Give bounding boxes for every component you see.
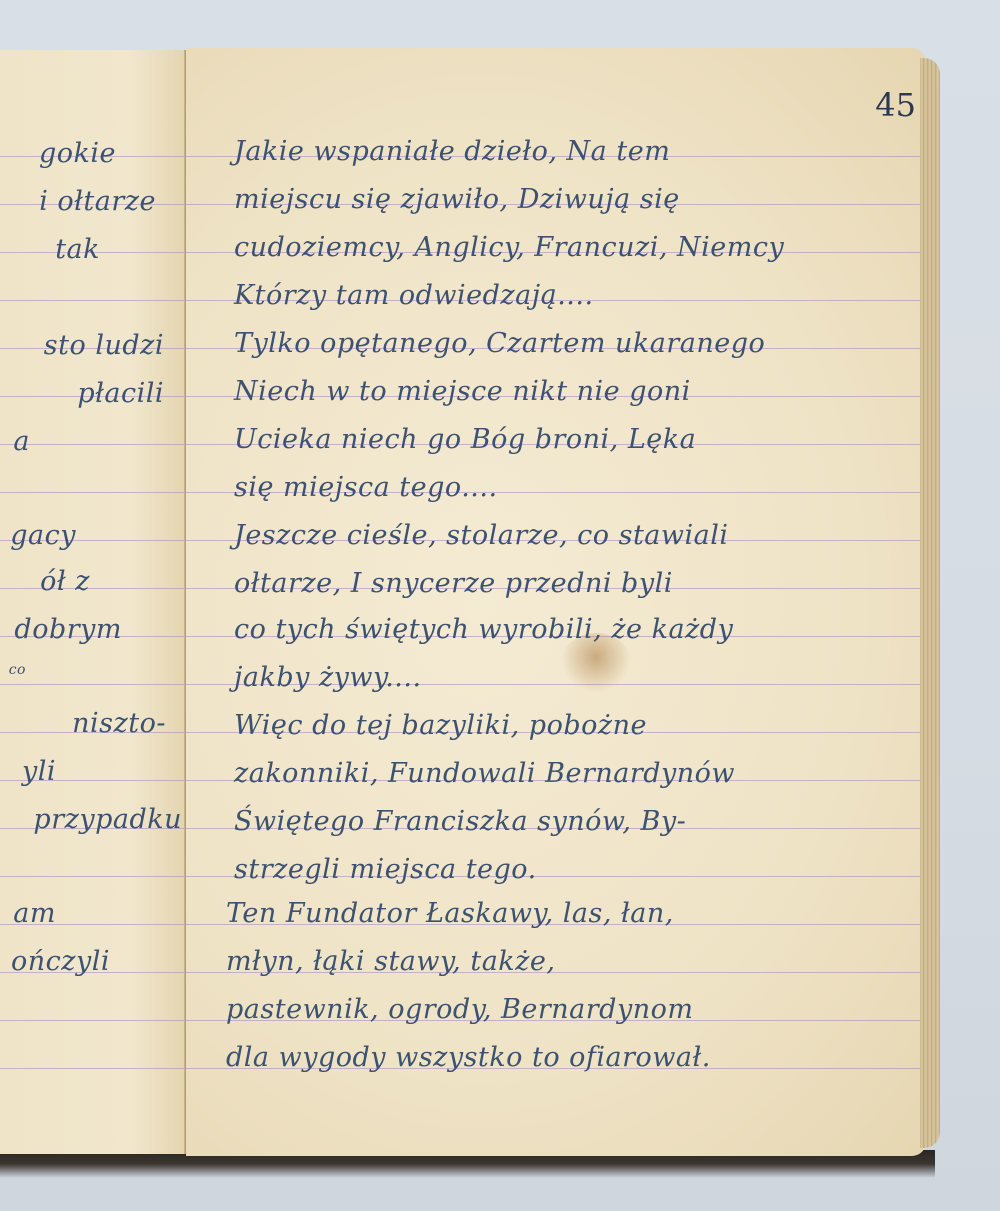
text-line: ołtarze, I snycerze przedni byli <box>234 568 673 599</box>
text-line: cudoziemcy, Anglicy, Francuzi, Niemcy <box>234 232 784 263</box>
text-line: Ten Fundator Łaskawy, las, łan, <box>226 898 674 929</box>
left-fragment: tak <box>55 234 100 265</box>
left-fragment: dobrym <box>14 614 122 645</box>
page-number: 45 <box>875 86 916 124</box>
text-line: Niech w to miejsce nikt nie goni <box>234 376 691 407</box>
left-fragment: gacy <box>10 520 76 551</box>
left-fragment: a <box>13 426 30 457</box>
right-page: 45 Jakie wspaniałe dzieło, Na tem miejsc… <box>186 48 926 1156</box>
text-line: zakonniki, Fundowali Bernardynów <box>234 758 735 789</box>
text-line: jakby żywy.... <box>234 662 422 693</box>
ruled-line <box>0 588 186 589</box>
ruled-line <box>0 300 186 301</box>
text-line: Więc do tej bazyliki, pobożne <box>234 710 647 741</box>
text-line: pastewnik, ogrody, Bernardynom <box>226 994 693 1025</box>
ruled-line <box>0 876 186 877</box>
left-fragment: gokie <box>39 138 116 169</box>
left-fragment: ończyli <box>11 946 110 977</box>
text-line: dla wygody wszystko to ofiarował. <box>226 1042 711 1073</box>
text-line: Którzy tam odwiedzają.... <box>234 280 594 311</box>
left-fragment: przypadku <box>33 804 182 835</box>
ruled-line <box>0 684 186 685</box>
text-line: się miejsca tego.... <box>234 472 498 503</box>
left-fragment: co <box>9 662 26 678</box>
page-block-edge <box>920 58 940 1148</box>
text-line: co tych świętych wyrobili, że każdy <box>234 614 733 645</box>
left-fragment: am <box>13 898 56 929</box>
text-line: strzegli miejsca tego. <box>234 854 537 885</box>
left-fragment: i ołtarze <box>39 186 156 217</box>
text-line: Ucieka niech go Bóg broni, Lęka <box>234 424 696 455</box>
text-line: Świętego Franciszka synów, By- <box>234 806 686 837</box>
text-line: miejscu się zjawiło, Dziwują się <box>234 184 680 215</box>
left-fragment: sto ludzi <box>44 330 164 361</box>
ruled-line <box>0 1068 186 1069</box>
left-page: gokie i ołtarze tak sto ludzi płacili a … <box>0 50 186 1154</box>
text-line: Jakie wspaniałe dzieło, Na tem <box>234 136 670 167</box>
text-line: Jeszcze cieśle, stolarze, co stawiali <box>234 520 729 551</box>
ruled-line <box>0 492 186 493</box>
left-fragment: ół z <box>40 566 90 597</box>
left-fragment: niszto- <box>72 708 166 739</box>
text-line: Tylko opętanego, Czartem ukaranego <box>234 328 765 359</box>
ruled-line <box>0 1020 186 1021</box>
left-fragment: płacili <box>77 378 164 409</box>
left-fragment: yli <box>22 756 56 787</box>
text-line: młyn, łąki stawy, także, <box>226 946 555 977</box>
